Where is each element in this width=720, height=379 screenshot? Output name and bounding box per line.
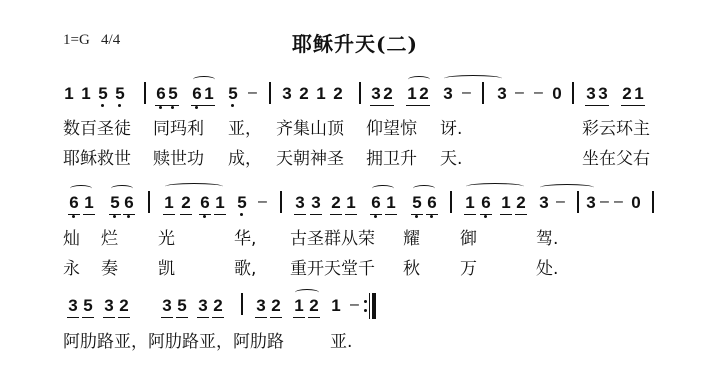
- note: 2: [332, 84, 344, 104]
- low-octave-dot: [195, 106, 198, 109]
- repeat-dot: [364, 309, 367, 312]
- note: 3: [67, 296, 79, 318]
- note: 6: [199, 193, 211, 215]
- note: 6: [191, 84, 203, 106]
- note: 6: [68, 193, 80, 215]
- slur: [111, 185, 133, 192]
- note: 3: [255, 296, 267, 318]
- dash: –: [556, 193, 565, 211]
- lyric: 耶稣救世: [63, 144, 131, 169]
- dash: –: [600, 193, 609, 211]
- note: 3: [597, 84, 609, 106]
- lyric: 彩云环主: [582, 114, 650, 139]
- low-octave-dot: [231, 104, 234, 107]
- lyric: 天.: [440, 144, 462, 169]
- note: 1: [293, 296, 305, 318]
- slur: [413, 185, 435, 192]
- note: 2: [118, 296, 130, 318]
- dash: –: [534, 84, 543, 102]
- key-signature: 1=G: [63, 32, 90, 48]
- note: 1: [406, 84, 418, 106]
- lyric: 奏: [101, 254, 118, 279]
- low-octave-dot: [118, 104, 121, 107]
- note: 3: [538, 193, 550, 213]
- barline: [280, 191, 282, 213]
- lyric: 仰望惊: [366, 114, 417, 139]
- slur: [193, 76, 215, 83]
- note: 5: [97, 84, 109, 104]
- lyric: 数百圣徒: [63, 114, 131, 139]
- note: 1: [464, 193, 476, 215]
- low-octave-dot: [240, 213, 243, 216]
- note: 6: [123, 193, 135, 215]
- note: 3: [281, 84, 293, 104]
- note: 3: [442, 84, 454, 104]
- barline: [148, 191, 150, 213]
- note: 6: [370, 193, 382, 215]
- lyric: 烂: [101, 224, 118, 249]
- lyric: 成，: [228, 144, 262, 169]
- note: 1: [385, 193, 397, 215]
- note: 2: [270, 296, 282, 318]
- note: 5: [82, 296, 94, 318]
- lyric: 亚，: [228, 114, 262, 139]
- slur: [466, 183, 524, 190]
- note: 1: [203, 84, 215, 106]
- lyric: 古圣群从荣: [290, 224, 375, 249]
- note: 3: [294, 193, 306, 215]
- lyric: 驾.: [536, 224, 558, 249]
- note: 5: [411, 193, 423, 215]
- lyric: 御: [460, 224, 477, 249]
- low-octave-dot: [101, 104, 104, 107]
- note: 2: [212, 296, 224, 318]
- note: 3: [310, 193, 322, 215]
- note: 1: [63, 84, 75, 104]
- note: 3: [370, 84, 382, 106]
- note: 6: [480, 193, 492, 215]
- barline: [269, 82, 271, 104]
- barline: [482, 82, 484, 104]
- note: 5: [167, 84, 179, 106]
- note: 6: [155, 84, 167, 106]
- note: 1: [345, 193, 357, 215]
- dash: –: [462, 84, 471, 102]
- rest: 0: [551, 84, 563, 104]
- note: 2: [330, 193, 342, 215]
- lyric: 亚.: [330, 327, 352, 352]
- lyric: 万: [460, 254, 477, 279]
- rest: 0: [630, 193, 642, 213]
- barline: [144, 82, 146, 104]
- note: 3: [197, 296, 209, 318]
- low-octave-dot: [484, 215, 487, 218]
- slur: [408, 76, 430, 83]
- dash: –: [350, 296, 359, 314]
- final-barline: [372, 293, 376, 319]
- note: 1: [214, 193, 226, 215]
- note: 1: [315, 84, 327, 104]
- slur: [70, 185, 92, 192]
- tie: [540, 184, 594, 191]
- note: 2: [418, 84, 430, 106]
- note: 1: [163, 193, 175, 215]
- barline-thin: [369, 293, 370, 319]
- low-octave-dot: [374, 215, 377, 218]
- lyric: 重开天堂千: [290, 254, 375, 279]
- low-octave-dot: [113, 215, 116, 218]
- slur: [372, 185, 394, 192]
- lyric: 处.: [536, 254, 558, 279]
- dash: –: [515, 84, 524, 102]
- barline: [450, 191, 452, 213]
- lyric: 坐在父右: [582, 144, 650, 169]
- barline: [241, 293, 243, 315]
- dash: –: [258, 193, 267, 211]
- note: 3: [585, 193, 597, 213]
- lyric: 凯: [158, 254, 175, 279]
- low-octave-dot: [159, 106, 162, 109]
- note: 2: [298, 84, 310, 104]
- key-time-signature: 1=G 4/4: [63, 32, 120, 49]
- dash: –: [248, 84, 257, 102]
- note: 2: [308, 296, 320, 318]
- barline: [652, 191, 654, 213]
- note: 1: [633, 84, 645, 106]
- dash: –: [614, 193, 623, 211]
- lyric: 耀: [403, 224, 420, 249]
- note: 1: [83, 193, 95, 215]
- lyric: 阿肋路亚，阿肋路亚，阿肋路: [63, 327, 284, 352]
- note: 5: [227, 84, 239, 104]
- note: 1: [330, 296, 342, 316]
- note: 5: [236, 193, 248, 213]
- note: 5: [176, 296, 188, 318]
- tie: [444, 75, 502, 82]
- lyric: 同玛利: [153, 114, 204, 139]
- lyric: 讶.: [440, 114, 462, 139]
- low-octave-dot: [203, 215, 206, 218]
- song-title: 耶稣升天(二): [292, 28, 418, 57]
- lyric: 光: [158, 224, 175, 249]
- repeat-dot: [364, 300, 367, 303]
- barline: [572, 82, 574, 104]
- low-octave-dot: [430, 215, 433, 218]
- note: 6: [426, 193, 438, 215]
- note: 2: [382, 84, 394, 106]
- note: 3: [161, 296, 173, 318]
- note: 5: [109, 193, 121, 215]
- lyric: 天朝神圣: [276, 144, 344, 169]
- lyric: 赎世功: [153, 144, 204, 169]
- slur: [165, 183, 223, 190]
- lyric: 华,: [234, 224, 256, 249]
- low-octave-dot: [127, 215, 130, 218]
- note: 2: [621, 84, 633, 106]
- slur: [295, 289, 319, 296]
- note: 1: [80, 84, 92, 104]
- low-octave-dot: [72, 215, 75, 218]
- note: 3: [585, 84, 597, 106]
- low-octave-dot: [415, 215, 418, 218]
- lyric: 秋: [403, 254, 420, 279]
- barline: [359, 82, 361, 104]
- note: 3: [103, 296, 115, 318]
- lyric: 灿: [63, 224, 80, 249]
- note: 2: [515, 193, 527, 215]
- note: 1: [500, 193, 512, 215]
- lyric: 齐集山顶: [276, 114, 344, 139]
- time-signature: 4/4: [101, 32, 120, 48]
- note: 2: [180, 193, 192, 215]
- lyric: 永: [63, 254, 80, 279]
- barline: [577, 191, 579, 213]
- lyric: 歌,: [234, 254, 256, 279]
- note: 5: [114, 84, 126, 104]
- low-octave-dot: [171, 106, 174, 109]
- note: 3: [496, 84, 508, 104]
- lyric: 拥卫升: [366, 144, 417, 169]
